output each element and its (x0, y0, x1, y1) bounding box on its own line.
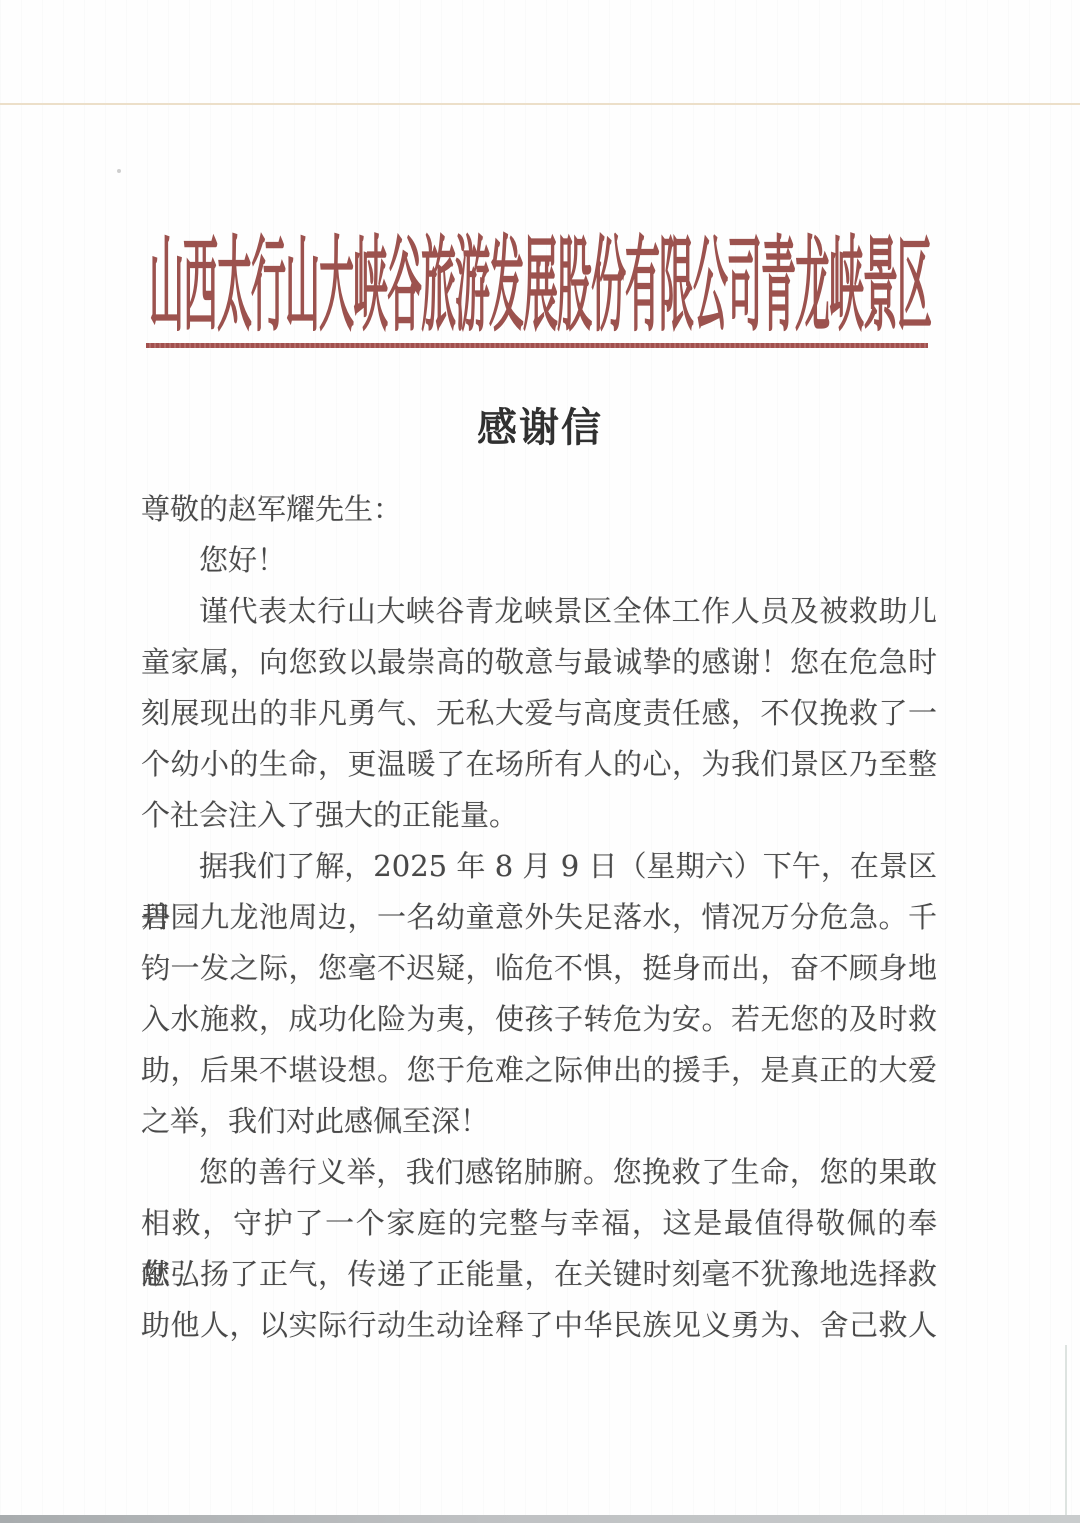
letterhead-divider (146, 343, 928, 348)
letter-line: 童家属，向您致以最崇高的敬意与最诚挚的感谢！您在危急时 (141, 637, 937, 688)
letter-line: 助，后果不堪设想。您于危难之际伸出的援手，是真正的大爱 (141, 1045, 937, 1096)
letter-line: 个社会注入了强大的正能量。 (141, 790, 937, 841)
letter-line: 您弘扬了正气，传递了正能量，在关键时刻毫不犹豫地选择救 (141, 1249, 937, 1300)
letter-line: 钧一发之际，您毫不迟疑，临危不惧，挺身而出，奋不顾身地 (141, 943, 937, 994)
letter-line: 碧园九龙池周边，一名幼童意外失足落水，情况万分危急。千 (141, 892, 937, 943)
letter-line: 据我们了解，2025 年 8 月 9 日（星期六）下午，在景区丹 (141, 841, 937, 892)
scanned-letter-page: 山西太行山大峡谷旅游发展股份有限公司青龙峡景区 感谢信 尊敬的赵军耀先生：您好！… (0, 0, 1080, 1523)
letter-line: 刻展现出的非凡勇气、无私大爱与高度责任感，不仅挽救了一 (141, 688, 937, 739)
scan-top-edge (0, 103, 1080, 105)
letter-line: 之举，我们对此感佩至深！ (141, 1096, 937, 1147)
letter-line: 您的善行义举，我们感铭肺腑。您挽救了生命，您的果敢 (141, 1147, 937, 1198)
letter-body: 尊敬的赵军耀先生：您好！谨代表太行山大峡谷青龙峡景区全体工作人员及被救助儿童家属… (141, 484, 937, 1351)
scan-right-edge (1065, 1345, 1067, 1515)
letter-line: 个幼小的生命，更温暖了在场所有人的心，为我们景区乃至整 (141, 739, 937, 790)
letterhead-title: 山西太行山大峡谷旅游发展股份有限公司青龙峡景区 (0, 206, 1080, 354)
letter-line: 相救，守护了一个家庭的完整与幸福，这是最值得敬佩的奉献。 (141, 1198, 937, 1249)
letter-line: 谨代表太行山大峡谷青龙峡景区全体工作人员及被救助儿 (141, 586, 937, 637)
scan-bottom-edge (0, 1515, 1080, 1523)
letter-line: 助他人，以实际行动生动诠释了中华民族见义勇为、舍己救人 (141, 1300, 937, 1351)
letter-title: 感谢信 (0, 396, 1080, 453)
letter-line: 尊敬的赵军耀先生： (141, 484, 937, 535)
scan-speck (117, 169, 121, 173)
letter-line: 入水施救，成功化险为夷，使孩子转危为安。若无您的及时救 (141, 994, 937, 1045)
letter-line: 您好！ (141, 535, 937, 586)
